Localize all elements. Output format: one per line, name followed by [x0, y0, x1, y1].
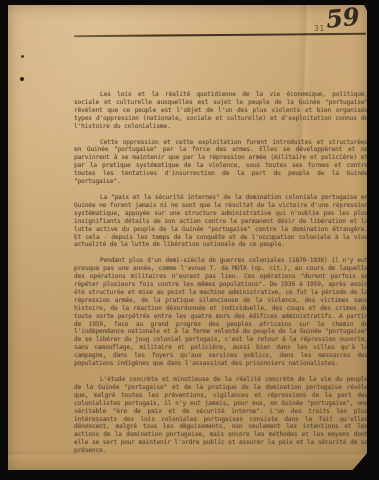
punch-hole-icon — [21, 55, 24, 58]
paragraph: Cette oppression et cette exploitation f… — [74, 139, 368, 186]
handwritten-page-number: 59 — [325, 1, 361, 33]
scanned-document-page: 31 59 Les lois et la réalité quotidienne… — [8, 5, 367, 470]
paragraph: L'étude concrète et minutieuse de la réa… — [74, 376, 368, 455]
typed-page-number: 31 — [314, 24, 325, 33]
punch-hole-icon — [20, 77, 24, 81]
paragraph: La "paix et la sécurité internes" de la … — [74, 194, 368, 249]
paragraph: Les lois et la réalité quotidienne de la… — [74, 91, 368, 131]
top-horizontal-rule — [74, 33, 366, 38]
paragraph: Pendant plus d'un demi-siècle de guerres… — [74, 257, 368, 368]
typewritten-body-text: Les lois et la réalité quotidienne de la… — [74, 91, 368, 463]
